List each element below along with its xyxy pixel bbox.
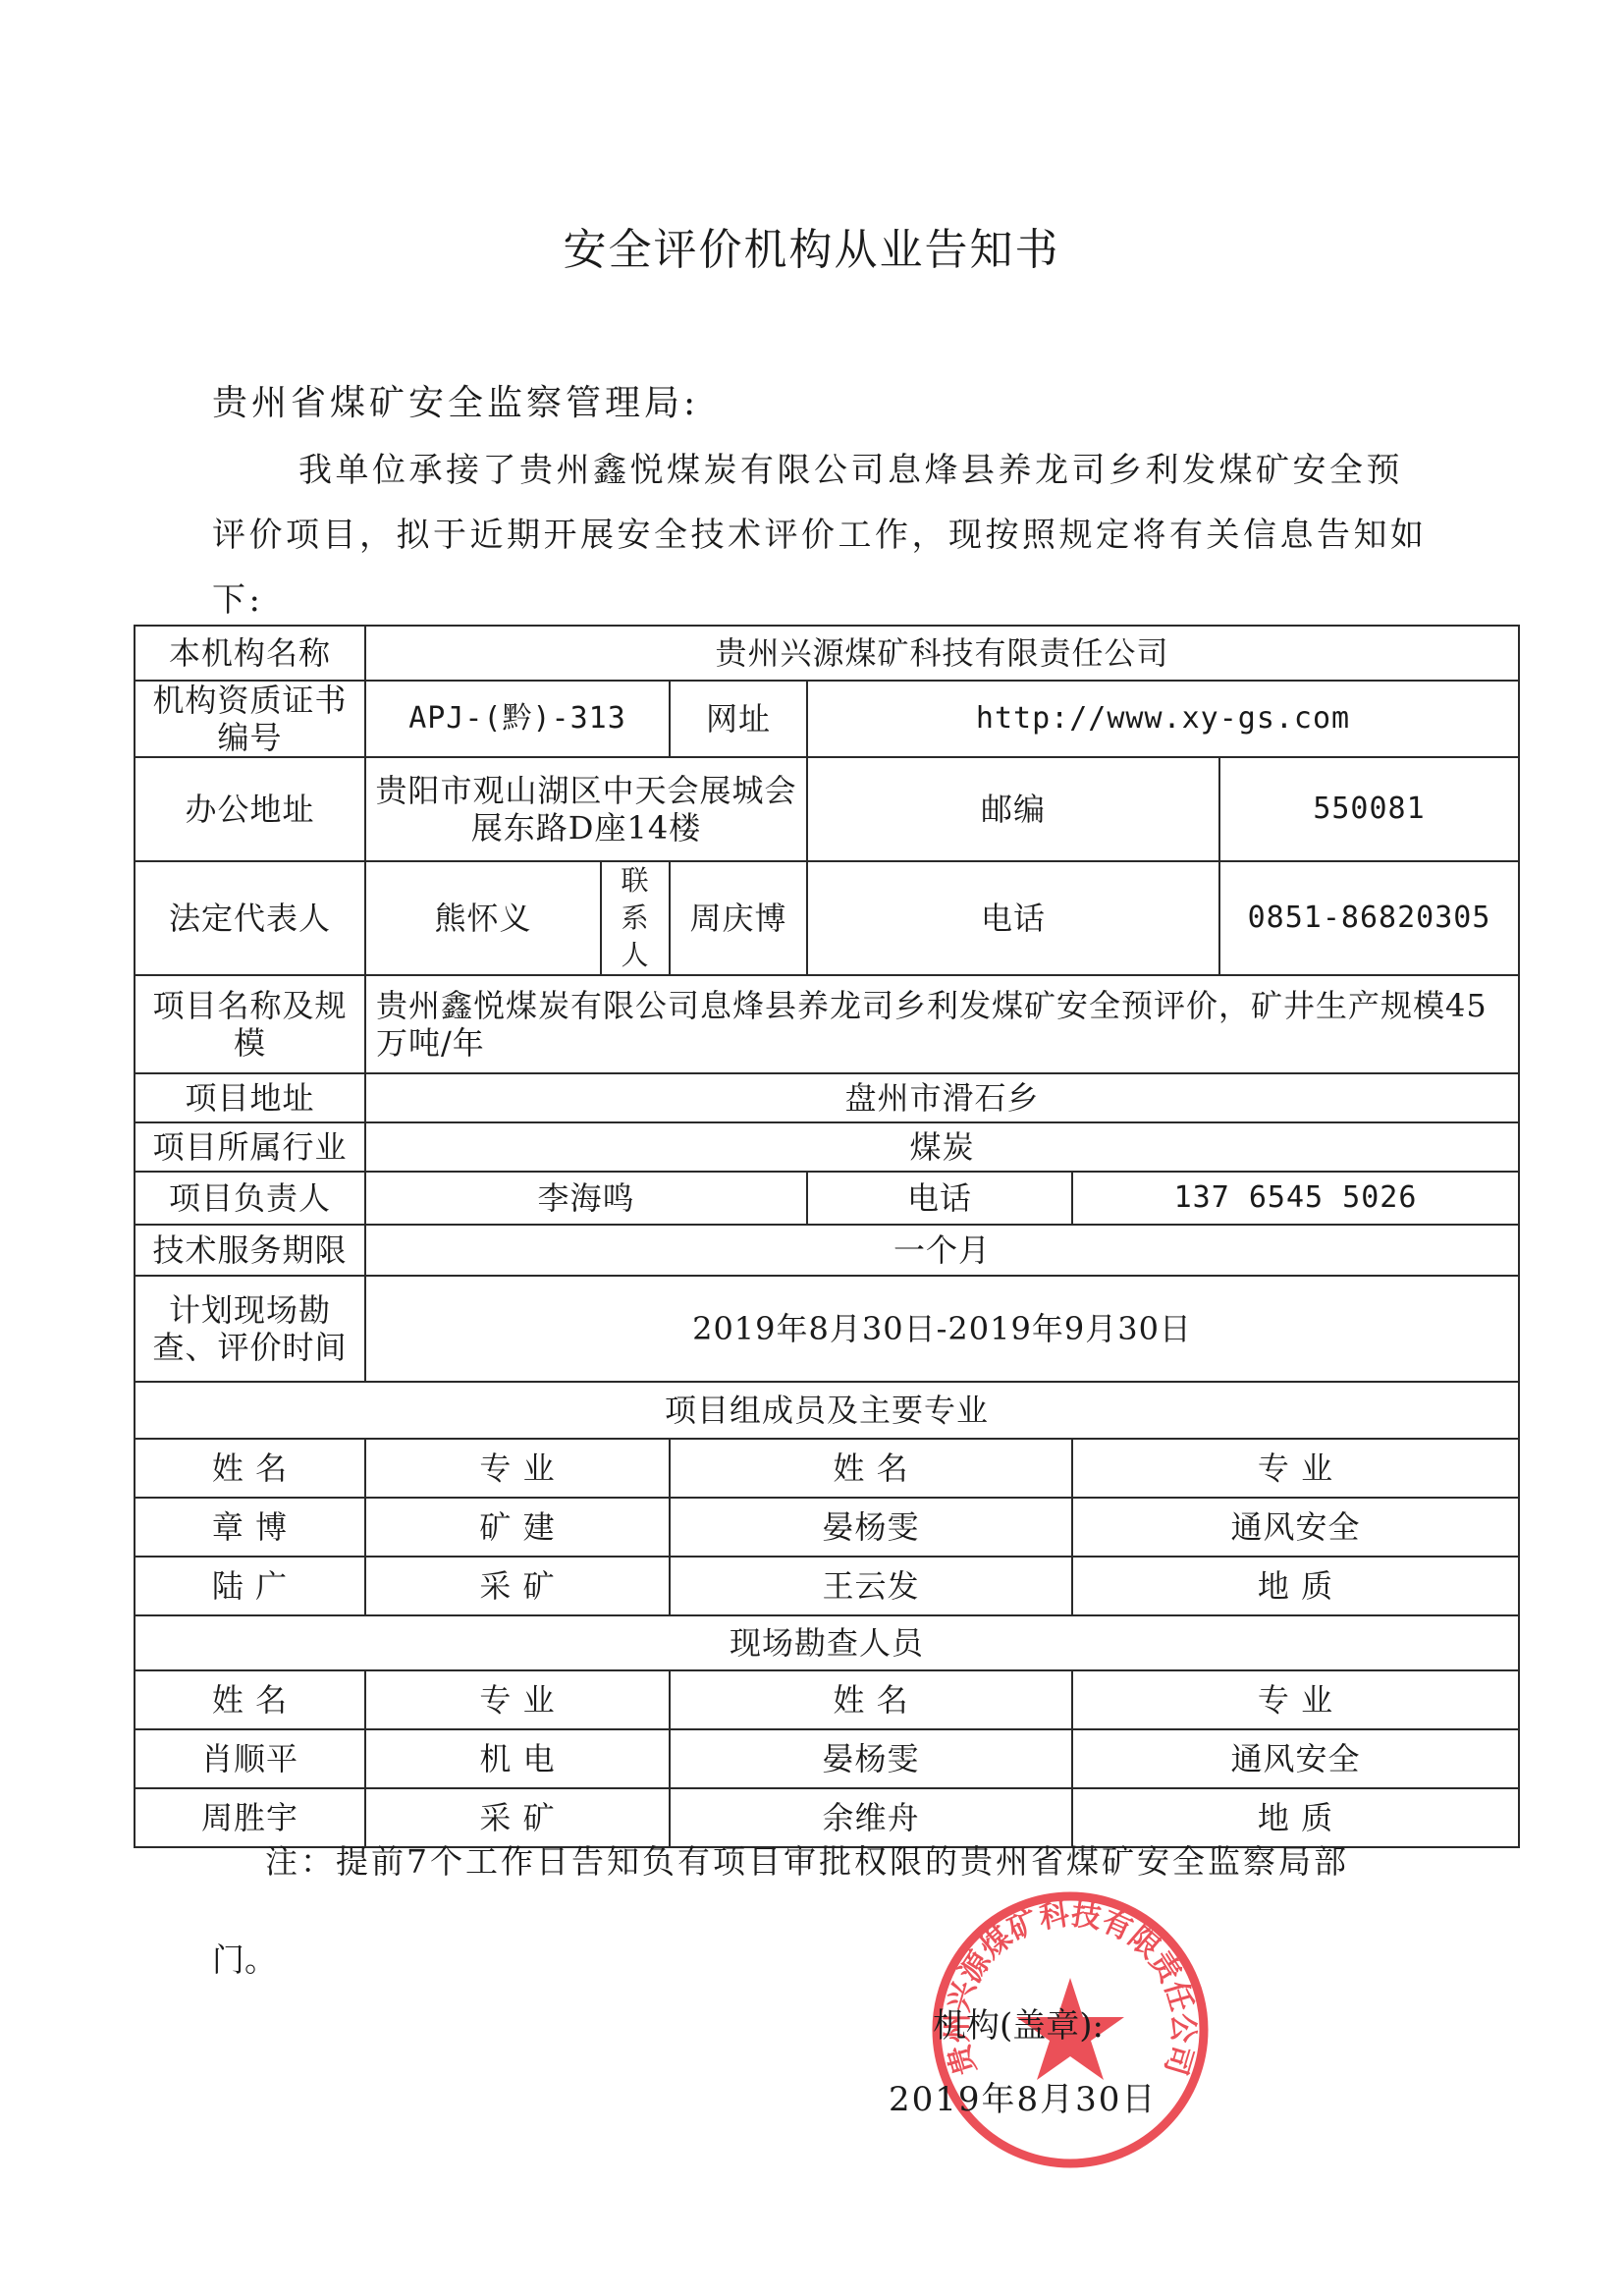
label-legal-rep: 法定代表人 <box>135 861 365 975</box>
value-project-address: 盘州市滑石乡 <box>365 1073 1519 1122</box>
label-manager-phone: 电话 <box>807 1172 1072 1225</box>
value-website: http://www.xy-gs.com <box>807 681 1519 757</box>
team-cell: 采 矿 <box>365 1557 670 1615</box>
row-service-period: 技术服务期限 一个月 <box>135 1225 1519 1276</box>
label-project-manager: 项目负责人 <box>135 1172 365 1225</box>
row-project-name: 项目名称及规模 贵州鑫悦煤炭有限公司息烽县养龙司乡利发煤矿安全预评价，矿井生产规… <box>135 975 1519 1073</box>
survey-section-header: 现场勘查人员 <box>135 1615 1519 1670</box>
value-survey-time: 2019年8月30日-2019年9月30日 <box>365 1276 1519 1382</box>
value-manager-phone: 137 6545 5026 <box>1072 1172 1519 1225</box>
team-header-row: 姓 名 专 业 姓 名 专 业 <box>135 1439 1519 1498</box>
label-survey-time: 计划现场勘查、评价时间 <box>135 1276 365 1382</box>
label-phone: 电话 <box>807 861 1219 975</box>
team-section-header: 项目组成员及主要专业 <box>135 1382 1519 1439</box>
label-postcode: 邮编 <box>807 757 1219 861</box>
team-row: 章 博 矿 建 晏杨雯 通风安全 <box>135 1498 1519 1557</box>
survey-header-name-1: 姓 名 <box>135 1670 365 1729</box>
team-cell: 陆 广 <box>135 1557 365 1615</box>
label-org-name: 本机构名称 <box>135 626 365 681</box>
value-phone: 0851-86820305 <box>1219 861 1519 975</box>
value-address: 贵阳市观山湖区中天会展城会展东路D座14楼 <box>365 757 807 861</box>
label-industry: 项目所属行业 <box>135 1122 365 1172</box>
value-org-name: 贵州兴源煤矿科技有限责任公司 <box>365 626 1519 681</box>
team-cell: 矿 建 <box>365 1498 670 1557</box>
intro-paragraph: 我单位承接了贵州鑫悦煤炭有限公司息烽县养龙司乡利发煤矿安全预评价项目，拟于近期开… <box>212 438 1439 632</box>
row-address: 办公地址 贵阳市观山湖区中天会展城会展东路D座14楼 邮编 550081 <box>135 757 1519 861</box>
survey-cell: 机 电 <box>365 1729 670 1788</box>
row-legal-rep: 法定代表人 熊怀义 联系人 周庆博 电话 0851-86820305 <box>135 861 1519 975</box>
value-project-name: 贵州鑫悦煤炭有限公司息烽县养龙司乡利发煤矿安全预评价，矿井生产规模45万吨/年 <box>365 975 1519 1073</box>
survey-header-row: 姓 名 专 业 姓 名 专 业 <box>135 1670 1519 1729</box>
survey-row: 肖顺平 机 电 晏杨雯 通风安全 <box>135 1729 1519 1788</box>
survey-header-major-1: 专 业 <box>365 1670 670 1729</box>
team-cell: 通风安全 <box>1072 1498 1519 1557</box>
addressee: 贵州省煤矿安全监察管理局: <box>212 375 699 425</box>
team-cell: 地 质 <box>1072 1557 1519 1615</box>
row-industry: 项目所属行业 煤炭 <box>135 1122 1519 1172</box>
label-contact: 联系人 <box>601 861 670 975</box>
footnote-line-2: 门。 <box>212 1935 277 1981</box>
team-section-title: 项目组成员及主要专业 <box>135 1382 1519 1439</box>
team-header-name-1: 姓 名 <box>135 1439 365 1498</box>
team-cell: 王云发 <box>670 1557 1072 1615</box>
label-address: 办公地址 <box>135 757 365 861</box>
signature-date: 2019年8月30日 <box>889 2072 1157 2120</box>
value-legal-rep: 熊怀义 <box>365 861 601 975</box>
label-service-period: 技术服务期限 <box>135 1225 365 1276</box>
label-cert: 机构资质证书编号 <box>135 681 365 757</box>
team-cell: 晏杨雯 <box>670 1498 1072 1557</box>
value-contact: 周庆博 <box>670 861 807 975</box>
signature-label: 机构(盖章): <box>933 1998 1104 2047</box>
survey-section-title: 现场勘查人员 <box>135 1615 1519 1670</box>
survey-header-name-2: 姓 名 <box>670 1670 1072 1729</box>
value-service-period: 一个月 <box>365 1225 1519 1276</box>
survey-cell: 通风安全 <box>1072 1729 1519 1788</box>
value-project-manager: 李海鸣 <box>365 1172 807 1225</box>
label-project-name: 项目名称及规模 <box>135 975 365 1073</box>
team-cell: 章 博 <box>135 1498 365 1557</box>
label-website: 网址 <box>670 681 807 757</box>
value-postcode: 550081 <box>1219 757 1519 861</box>
team-header-major-1: 专 业 <box>365 1439 670 1498</box>
notice-table: 本机构名称 贵州兴源煤矿科技有限责任公司 机构资质证书编号 APJ-(黔)-31… <box>134 625 1520 1848</box>
value-cert: APJ-(黔)-313 <box>365 681 670 757</box>
row-project-manager: 项目负责人 李海鸣 电话 137 6545 5026 <box>135 1172 1519 1225</box>
label-project-address: 项目地址 <box>135 1073 365 1122</box>
row-survey-time: 计划现场勘查、评价时间 2019年8月30日-2019年9月30日 <box>135 1276 1519 1382</box>
row-org-name: 本机构名称 贵州兴源煤矿科技有限责任公司 <box>135 626 1519 681</box>
value-industry: 煤炭 <box>365 1122 1519 1172</box>
team-header-name-2: 姓 名 <box>670 1439 1072 1498</box>
row-cert: 机构资质证书编号 APJ-(黔)-313 网址 http://www.xy-gs… <box>135 681 1519 757</box>
survey-cell: 晏杨雯 <box>670 1729 1072 1788</box>
row-project-address: 项目地址 盘州市滑石乡 <box>135 1073 1519 1122</box>
survey-cell: 肖顺平 <box>135 1729 365 1788</box>
document-title: 安全评价机构从业告知书 <box>0 214 1623 277</box>
team-row: 陆 广 采 矿 王云发 地 质 <box>135 1557 1519 1615</box>
footnote-line-1: 注：提前7个工作日告知负有项目审批权限的贵州省煤矿安全监察局部 <box>265 1836 1349 1883</box>
survey-header-major-2: 专 业 <box>1072 1670 1519 1729</box>
team-header-major-2: 专 业 <box>1072 1439 1519 1498</box>
